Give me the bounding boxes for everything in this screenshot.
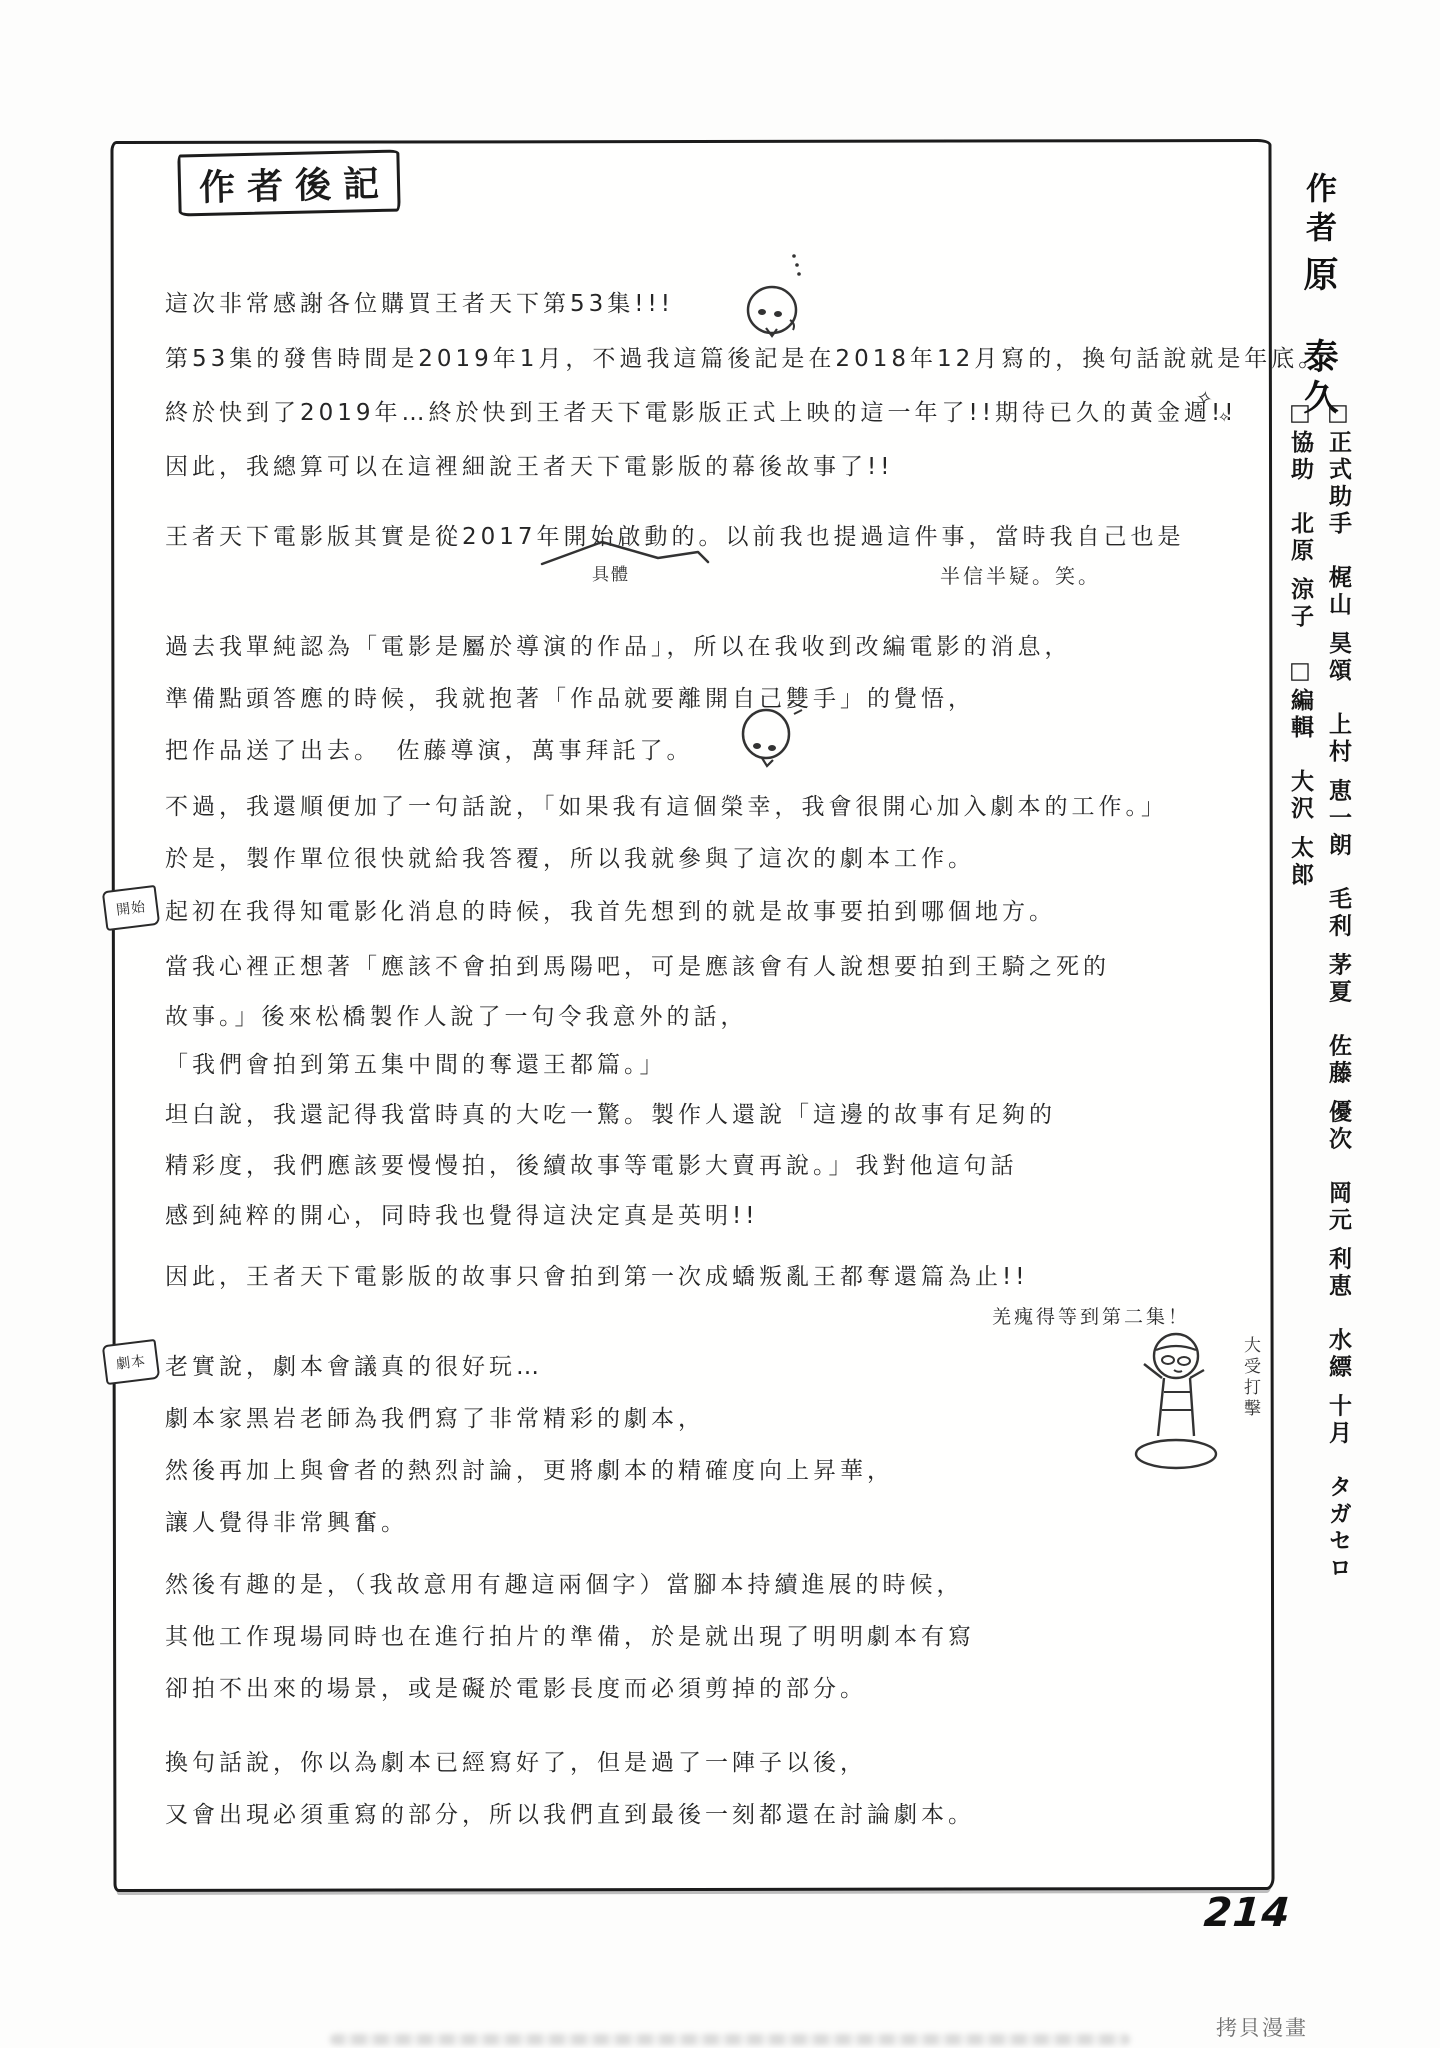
afterword-line: 第53集的發售時間是2019年1月，不過我這篇後記是在2018年12月寫的，換句… [165, 340, 1325, 373]
page-number: 214 [1202, 1890, 1292, 1936]
margin-label-start: 開始 [102, 885, 160, 931]
afterword-line: 這次非常感謝各位購買王者天下第53集!!! [165, 285, 674, 318]
afterword-line: 不過，我還順便加了一句話說，「如果我有這個榮幸，我會很開心加入劇本的工作。」 [165, 788, 1168, 821]
afterword-line: 卻拍不出來的場景，或是礙於電影長度而必須剪掉的部分。 [165, 1670, 867, 1703]
bowing-chick-doodle-icon [736, 698, 806, 768]
credits-role-author: 作者 [1296, 172, 1341, 250]
afterword-line: 然後有趣的是，（我故意用有趣這兩個字）當腳本持續進展的時候， [165, 1566, 964, 1599]
afterword-line: 老實說，劇本會議真的很好玩… [165, 1348, 543, 1381]
afterword-line: 感到純粹的開心，同時我也覺得這決定真是英明!! [165, 1197, 758, 1230]
afterword-line: 「我們會拍到第五集中間的奪還王都篇。」 [165, 1046, 667, 1079]
chick-doodle-icon [742, 250, 812, 340]
manga-afterword-page: 作者後記 這次非常感謝各位購買王者天下第53集!!! 第53集的發售時間是201… [0, 0, 1440, 2048]
afterword-line: 又會出現必須重寫的部分，所以我們直到最後一刻都還在討論劇本。 [165, 1796, 975, 1829]
afterword-line: 於是，製作單位很快就給我答覆，所以我就參與了這次的劇本工作。 [165, 840, 975, 873]
site-watermark: 拷貝漫畫 [1216, 2012, 1308, 2042]
margin-label-script: 劇本 [102, 1339, 160, 1385]
shocked-figure-doodle-icon [1118, 1326, 1238, 1476]
afterword-line: 坦白說，我還記得我當時真的大吃一驚。製作人還說「這邊的故事有足夠的 [165, 1096, 1056, 1129]
sparkle-icon: ✧ [1217, 409, 1231, 426]
note-qianglei-second-movie: 羌瘣得等到第二集！ [992, 1302, 1190, 1329]
credits-support-column: □協助 北原 涼子 □編輯 大沢 太郎 [1284, 400, 1317, 1710]
afterword-line: 讓人覺得非常興奮。 [165, 1504, 408, 1537]
afterword-line: 當我心裡正想著「應該不會拍到馬陽吧，可是應該會有人說想要拍到王騎之死的 [165, 948, 1110, 981]
afterword-line: 然後再加上與會者的熱烈討論，更將劇本的精確度向上昇華， [165, 1452, 894, 1485]
afterword-line: 精彩度，我們應該要慢慢拍，後續故事等電影大賣再說。」我對他這句話 [165, 1147, 1018, 1180]
afterword-line: 把作品送了出去。 佐藤導演，萬事拜託了。 [165, 732, 694, 765]
annotation-concrete: 具體 [592, 560, 630, 585]
afterword-line: 終於快到了2019年…終於快到王者天下電影版正式上映的這一年了!!期待已久的黃金… [165, 394, 1237, 427]
afterword-line: 因此，王者天下電影版的故事只會拍到第一次成蟜叛亂王都奪還篇為止!! [165, 1258, 1028, 1291]
afterword-line: 劇本家黑岩老師為我們寫了非常精彩的劇本， [165, 1400, 705, 1433]
afterword-line: 因此，我總算可以在這裡細說王者天下電影版的幕後故事了!! [165, 448, 893, 481]
credits-assistants-column: □正式助手 梶山 昊頌 上村 恵一朗 毛利 茅夏 佐藤 優次 岡元 利恵 水縹 … [1322, 400, 1355, 1710]
afterword-line: 過去我單純認為「電影是屬於導演的作品」，所以在我收到改編電影的消息， [165, 628, 1072, 661]
afterword-line: 其他工作現場同時也在進行拍片的準備，於是就出現了明明劇本有寫 [165, 1618, 975, 1651]
afterword-line: 故事。」後來松橋製作人說了一句令我意外的話， [165, 998, 748, 1031]
afterword-line: 換句話說，你以為劇本已經寫好了，但是過了一陣子以後， [165, 1744, 867, 1777]
blurred-watermark-strip [330, 2034, 1130, 2045]
credits-author-name: 原 泰久 [1293, 256, 1343, 420]
afterword-title-box: 作者後記 [177, 149, 400, 216]
doodle-caption: 大受打擊 [1238, 1336, 1263, 1420]
hand-brace-icon [540, 538, 730, 568]
afterword-line: 起初在我得知電影化消息的時候，我首先想到的就是故事要拍到哪個地方。 [165, 893, 1056, 926]
page-title: 作者後記 [186, 155, 391, 211]
side-note-half-belief: 半信半疑。笑。 [940, 560, 1101, 589]
afterword-line: 準備點頭答應的時候，我就抱著「作品就要離開自己雙手」的覺悟， [165, 680, 975, 713]
